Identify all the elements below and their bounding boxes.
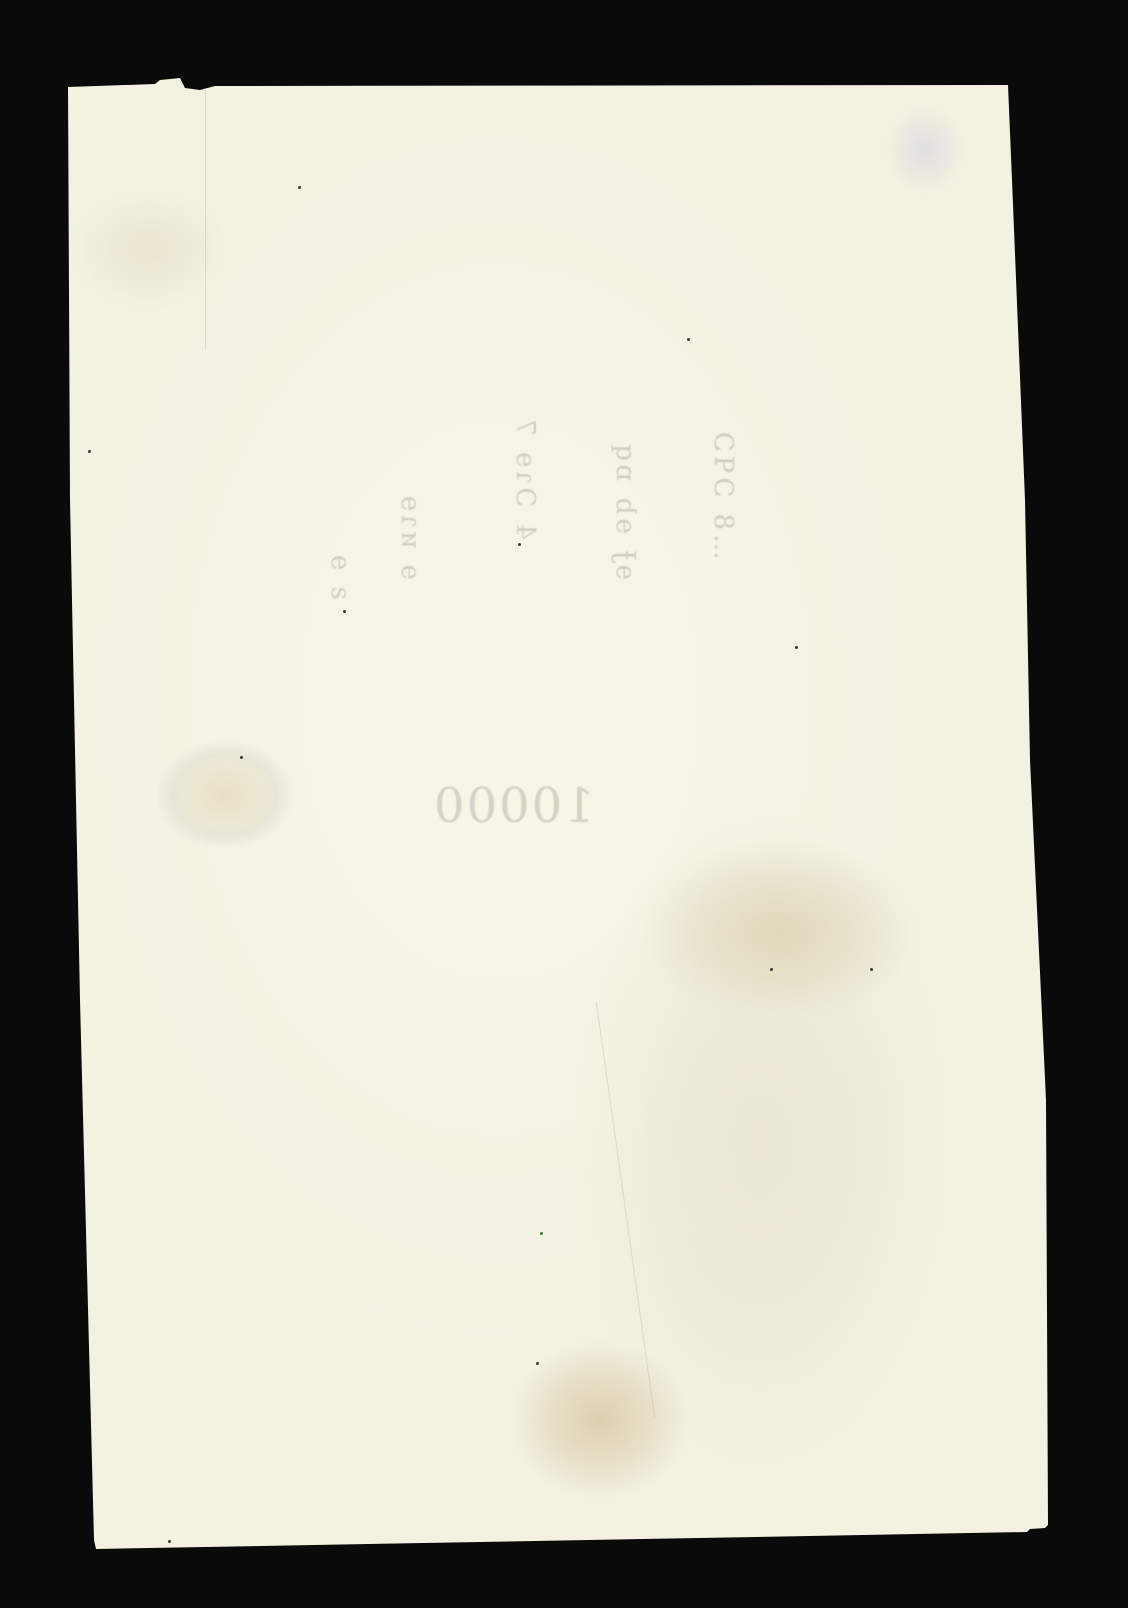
paper-speck bbox=[518, 543, 521, 546]
paper-speck bbox=[88, 450, 91, 453]
paper-speck bbox=[770, 968, 773, 971]
paper-speck bbox=[536, 1362, 539, 1365]
paper-crease bbox=[205, 90, 206, 350]
paper-speck bbox=[168, 1540, 171, 1543]
show-through-number: 10000 bbox=[432, 778, 595, 834]
paper-speck bbox=[298, 186, 301, 189]
paper-speck bbox=[870, 968, 873, 971]
scan-background: …8 ƆꟼƆ ɘɈ ɘb ɒq 4 Ɔɿɘ 7 ɘ ᴎɿɘ ƨ ɘ 10000 bbox=[0, 0, 1128, 1608]
paper-speck bbox=[343, 610, 346, 613]
show-through-text-column: ƨ ɘ bbox=[325, 551, 355, 600]
paper-speck bbox=[795, 646, 798, 649]
show-through-text-column: ɘ ᴎɿɘ bbox=[395, 492, 425, 580]
paper-speck bbox=[687, 338, 690, 341]
paper-speck bbox=[240, 756, 243, 759]
show-through-text-column: …8 ƆꟼƆ bbox=[708, 428, 738, 560]
show-through-text-column: 4 Ɔɿɘ 7 bbox=[510, 415, 540, 540]
show-through-text-column: ɘɈ ɘb ɒq bbox=[610, 440, 640, 580]
paper-speck bbox=[540, 1232, 543, 1235]
